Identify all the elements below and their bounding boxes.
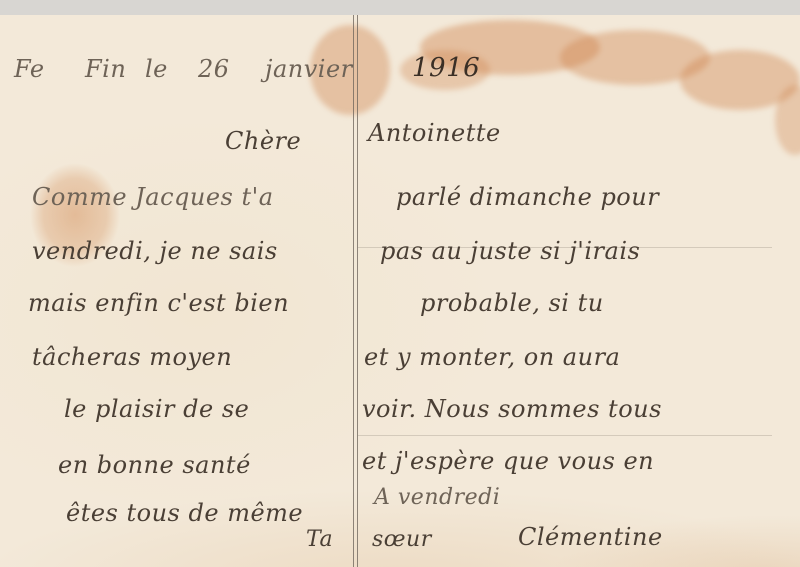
body-line-3-left: mais enfin c'est bien — [28, 289, 289, 317]
body-line-2-right: pas au juste si j'irais — [380, 237, 640, 265]
signature: Clémentine — [518, 523, 663, 551]
body-line-1-left: Comme Jacques t'a — [32, 183, 274, 211]
closing-left: Ta — [306, 527, 333, 552]
salutation-left: Chère — [225, 127, 301, 155]
document-page: Fe Fin le 26 janvier 1916 Chère Antoinet… — [0, 0, 800, 567]
body-line-4-right: et y monter, on aura — [364, 343, 620, 371]
header-month: janvier — [265, 55, 353, 83]
header-place: Fin — [85, 55, 126, 83]
body-line-7-left: êtes tous de même — [66, 499, 303, 527]
closing-right: sœur — [372, 527, 432, 552]
center-divider-line-1 — [353, 15, 354, 567]
header-date-prefix: le — [145, 55, 168, 83]
body-line-4-left: tâcheras moyen — [32, 343, 232, 371]
body-line-7-right: A vendredi — [374, 485, 500, 510]
body-line-6-left: en bonne santé — [58, 451, 251, 479]
body-line-3-right: probable, si tu — [420, 289, 604, 317]
header-year: 1916 — [412, 53, 480, 83]
header-day: 26 — [198, 55, 230, 83]
body-line-2-left: vendredi, je ne sais — [32, 237, 278, 265]
salutation-right: Antoinette — [368, 119, 501, 147]
header-place-prefix: Fe — [14, 55, 45, 83]
body-line-5-left: le plaisir de se — [64, 395, 249, 423]
center-divider-line-2 — [357, 15, 358, 567]
postcard: Fe Fin le 26 janvier 1916 Chère Antoinet… — [0, 15, 800, 567]
body-line-5-right: voir. Nous sommes tous — [362, 395, 662, 423]
body-line-1-right: parlé dimanche pour — [396, 183, 659, 211]
body-line-6-right: et j'espère que vous en — [362, 447, 654, 475]
address-rule-2 — [358, 435, 772, 436]
